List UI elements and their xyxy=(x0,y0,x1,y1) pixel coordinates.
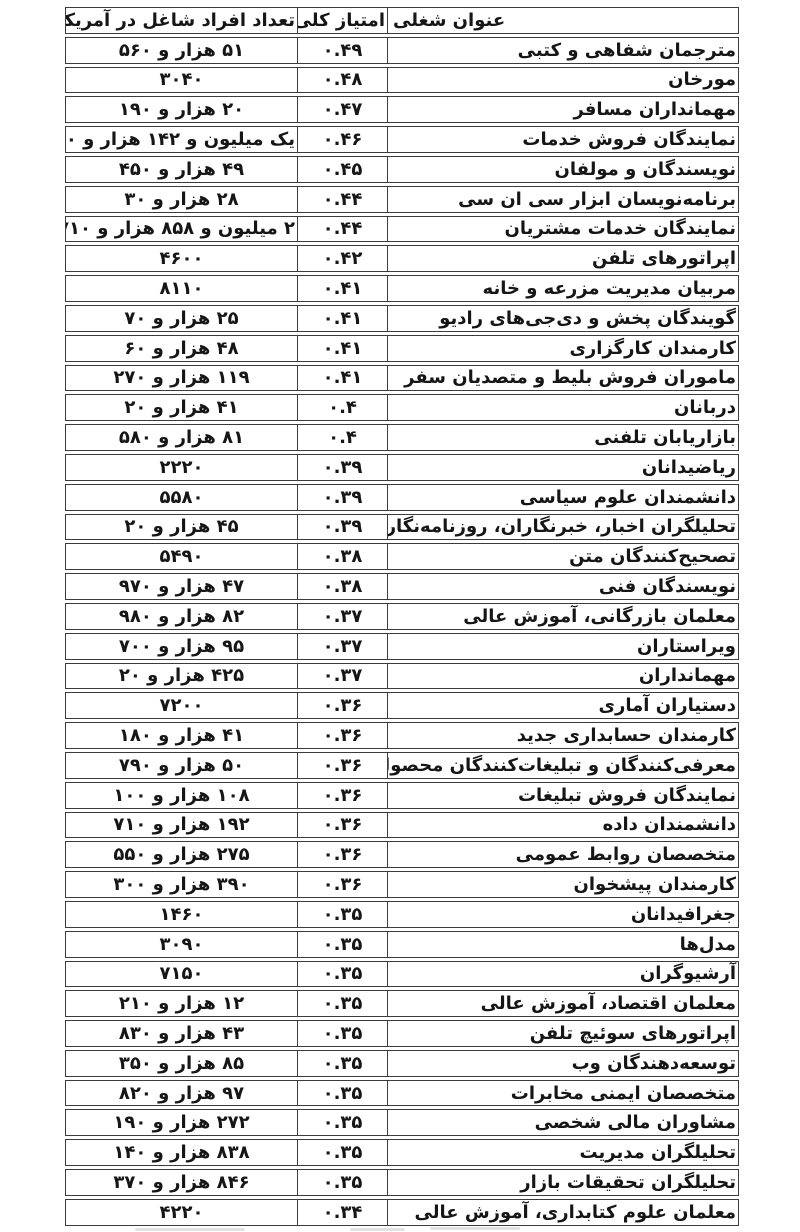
job-title-cell: دانشمندان داده xyxy=(387,812,739,839)
job-title-cell: مدل‌ها xyxy=(387,931,739,958)
employed-count-cell: ۴۳ هزار و ۸۳۰ xyxy=(65,1020,297,1047)
overall-score-cell: ۰.۴۵ xyxy=(297,156,387,183)
table-row: مهمانداران مسافر ۰.۴۷ ۲۰ هزار و ۱۹۰ xyxy=(65,96,739,123)
employed-count-cell: ۸۱ هزار و ۵۸۰ xyxy=(65,424,297,451)
overall-score-cell: ۰.۴۷ xyxy=(297,96,387,123)
job-title-cell: دانشمندان علوم سیاسی xyxy=(387,484,739,511)
employed-count-cell: ۱۲ هزار و ۲۱۰ xyxy=(65,990,297,1017)
employed-count-cell: ۸۲ هزار و ۹۸۰ xyxy=(65,603,297,630)
overall-score-cell: ۰.۳۷ xyxy=(297,603,387,630)
employed-count-cell: ۱۹۲ هزار و ۷۱۰ xyxy=(65,812,297,839)
job-title-cell: تحلیلگران اخبار، خبرنگاران، روزنامه‌نگار… xyxy=(387,514,739,541)
employed-count-cell: ۲۸ هزار و ۳۰ xyxy=(65,186,297,213)
table-row: جغرافیدانان ۰.۳۵ ۱۴۶۰ xyxy=(65,901,739,928)
table-row: مدل‌ها ۰.۳۵ ۳۰۹۰ xyxy=(65,931,739,958)
overall-score-cell: ۰.۴۴ xyxy=(297,216,387,243)
table-row: برنامه‌نویسان ابزار سی ان سی ۰.۴۴ ۲۸ هزا… xyxy=(65,186,739,213)
employed-count-cell: ۹۷ هزار و ۸۲۰ xyxy=(65,1080,297,1107)
job-title-cell: معرفی‌کنندگان و تبلیغات‌کنندگان محصول xyxy=(387,752,739,779)
table-row: آرشیوگران ۰.۳۵ ۷۱۵۰ xyxy=(65,961,739,988)
employed-count-cell: ۸۵ هزار و ۳۵۰ xyxy=(65,1050,297,1077)
job-title-cell: اپراتورهای تلفن xyxy=(387,245,739,272)
job-title-cell: کارمندان حسابداری جدید xyxy=(387,722,739,749)
employed-count-cell: ۴۵ هزار و ۲۰ xyxy=(65,514,297,541)
table-row: تحلیلگران مدیریت ۰.۳۵ ۸۳۸ هزار و ۱۴۰ xyxy=(65,1139,739,1166)
overall-score-cell: ۰.۴۱ xyxy=(297,365,387,392)
employed-count-cell: ۵۰ هزار و ۷۹۰ xyxy=(65,752,297,779)
table-row: کارمندان کارگزاری ۰.۴۱ ۴۸ هزار و ۶۰ xyxy=(65,335,739,362)
table-row: نمایندگان فروش تبلیغات ۰.۳۶ ۱۰۸ هزار و ۱… xyxy=(65,782,739,809)
job-title-cell: دربانان xyxy=(387,394,739,421)
job-title-cell: مهمانداران xyxy=(387,663,739,690)
overall-score-cell: ۰.۳۵ xyxy=(297,1020,387,1047)
table-row: توسعه‌دهندگان وب ۰.۳۵ ۸۵ هزار و ۳۵۰ xyxy=(65,1050,739,1077)
table-row: نمایندگان فروش خدمات ۰.۴۶ یک میلیون و ۱۴… xyxy=(65,126,739,153)
employed-count-cell: ۴۱ هزار و ۲۰ xyxy=(65,394,297,421)
table-row: مترجمان شفاهی و کتبی ۰.۴۹ ۵۱ هزار و ۵۶۰ xyxy=(65,37,739,64)
job-title-cell: مربیان مدیریت مزرعه و خانه xyxy=(387,275,739,302)
table-row: دانشمندان علوم سیاسی ۰.۳۹ ۵۵۸۰ xyxy=(65,484,739,511)
column-header-employed-count: تعداد افراد شاغل در آمریکا xyxy=(65,7,297,34)
job-title-cell: نمایندگان فروش تبلیغات xyxy=(387,782,739,809)
overall-score-cell: ۰.۳۵ xyxy=(297,1050,387,1077)
employed-count-cell: ۴۸ هزار و ۶۰ xyxy=(65,335,297,362)
table-row: تحلیلگران اخبار، خبرنگاران، روزنامه‌نگار… xyxy=(65,514,739,541)
overall-score-cell: ۰.۳۶ xyxy=(297,871,387,898)
job-title-cell: تحلیلگران مدیریت xyxy=(387,1139,739,1166)
employed-count-cell: ۱۴۶۰ xyxy=(65,901,297,928)
job-title-cell: متخصصان ایمنی مخابرات xyxy=(387,1080,739,1107)
overall-score-cell: ۰.۴ xyxy=(297,394,387,421)
job-title-cell: مترجمان شفاهی و کتبی xyxy=(387,37,739,64)
table-row: متخصصان ایمنی مخابرات ۰.۳۵ ۹۷ هزار و ۸۲۰ xyxy=(65,1080,739,1107)
overall-score-cell: ۰.۴۱ xyxy=(297,335,387,362)
job-title-cell: اپراتورهای سوئیچ تلفن xyxy=(387,1020,739,1047)
overall-score-cell: ۰.۴۱ xyxy=(297,305,387,332)
overall-score-cell: ۰.۳۶ xyxy=(297,812,387,839)
overall-score-cell: ۰.۴۲ xyxy=(297,245,387,272)
employed-count-cell: ۲۵ هزار و ۷۰ xyxy=(65,305,297,332)
table-row: کارمندان حسابداری جدید ۰.۳۶ ۴۱ هزار و ۱۸… xyxy=(65,722,739,749)
employed-count-cell: ۸۳۸ هزار و ۱۴۰ xyxy=(65,1139,297,1166)
job-title-cell: ماموران فروش بلیط و متصدیان سفر xyxy=(387,365,739,392)
table-row: کارمندان پیشخوان ۰.۳۶ ۳۹۰ هزار و ۳۰۰ xyxy=(65,871,739,898)
job-title-cell: جغرافیدانان xyxy=(387,901,739,928)
overall-score-cell: ۰.۳۷ xyxy=(297,663,387,690)
overall-score-cell: ۰.۳۵ xyxy=(297,931,387,958)
job-title-cell: نمایندگان خدمات مشتریان xyxy=(387,216,739,243)
employed-count-cell: ۷۱۵۰ xyxy=(65,961,297,988)
overall-score-cell: ۰.۳۵ xyxy=(297,1080,387,1107)
overall-score-cell: ۰.۳۶ xyxy=(297,782,387,809)
employed-count-cell: ۵۱ هزار و ۵۶۰ xyxy=(65,37,297,64)
overall-score-cell: ۰.۴۹ xyxy=(297,37,387,64)
employed-count-cell: یک میلیون و ۱۴۲ هزار و ۲۰ xyxy=(65,126,297,153)
employed-count-cell: ۴۲۲۰ xyxy=(65,1199,297,1226)
job-title-cell: مشاوران مالی شخصی xyxy=(387,1109,739,1136)
table-row: معلمان اقتصاد، آموزش عالی ۰.۳۵ ۱۲ هزار و… xyxy=(65,990,739,1017)
table-row: بازاریابان تلفنی ۰.۴ ۸۱ هزار و ۵۸۰ xyxy=(65,424,739,451)
employed-count-cell: ۲ میلیون و ۸۵۸ هزار و ۷۱۰ xyxy=(65,216,297,243)
overall-score-cell: ۰.۴۸ xyxy=(297,67,387,94)
table-row: اپراتورهای سوئیچ تلفن ۰.۳۵ ۴۳ هزار و ۸۳۰ xyxy=(65,1020,739,1047)
employed-count-cell: ۵۴۹۰ xyxy=(65,543,297,570)
job-title-cell: ویراستاران xyxy=(387,633,739,660)
table-row: تحلیلگران تحقیقات بازار ۰.۳۵ ۸۴۶ هزار و … xyxy=(65,1169,739,1196)
column-header-overall-score: امتیاز کلی xyxy=(297,7,387,34)
table-row: تصحیح‌کنندگان متن ۰.۳۸ ۵۴۹۰ xyxy=(65,543,739,570)
job-title-cell: نمایندگان فروش خدمات xyxy=(387,126,739,153)
employed-count-cell: ۱۱۹ هزار و ۲۷۰ xyxy=(65,365,297,392)
table-row: دانشمندان داده ۰.۳۶ ۱۹۲ هزار و ۷۱۰ xyxy=(65,812,739,839)
job-title-cell: معلمان علوم کتابداری، آموزش عالی xyxy=(387,1199,739,1226)
overall-score-cell: ۰.۳۸ xyxy=(297,573,387,600)
employed-count-cell: ۲۲۲۰ xyxy=(65,454,297,481)
employed-count-cell: ۸۱۱۰ xyxy=(65,275,297,302)
cropped-next-row-artifact xyxy=(430,1227,520,1230)
employed-count-cell: ۲۷۵ هزار و ۵۵۰ xyxy=(65,841,297,868)
column-header-job-title: عنوان شغلی xyxy=(387,7,739,34)
table-row: مهمانداران ۰.۳۷ ۴۲۵ هزار و ۲۰ xyxy=(65,663,739,690)
job-title-cell: معلمان بازرگانی، آموزش عالی xyxy=(387,603,739,630)
employed-count-cell: ۴۱ هزار و ۱۸۰ xyxy=(65,722,297,749)
table-row: اپراتورهای تلفن ۰.۴۲ ۴۶۰۰ xyxy=(65,245,739,272)
table-row: مشاوران مالی شخصی ۰.۳۵ ۲۷۲ هزار و ۱۹۰ xyxy=(65,1109,739,1136)
overall-score-cell: ۰.۳۶ xyxy=(297,841,387,868)
employed-count-cell: ۷۲۰۰ xyxy=(65,692,297,719)
table-row: معرفی‌کنندگان و تبلیغات‌کنندگان محصول ۰.… xyxy=(65,752,739,779)
overall-score-cell: ۰.۳۹ xyxy=(297,484,387,511)
table-row: نویسندگان فنی ۰.۳۸ ۴۷ هزار و ۹۷۰ xyxy=(65,573,739,600)
jobs-table-wrapper: عنوان شغلی امتیاز کلی تعداد افراد شاغل د… xyxy=(65,4,739,1229)
table-row: نویسندگان و مولفان ۰.۴۵ ۴۹ هزار و ۴۵۰ xyxy=(65,156,739,183)
employed-count-cell: ۴۹ هزار و ۴۵۰ xyxy=(65,156,297,183)
table-row: گویندگان پخش و دی‌جی‌های رادیو ۰.۴۱ ۲۵ ه… xyxy=(65,305,739,332)
employed-count-cell: ۱۰۸ هزار و ۱۰۰ xyxy=(65,782,297,809)
overall-score-cell: ۰.۳۸ xyxy=(297,543,387,570)
job-title-cell: آرشیوگران xyxy=(387,961,739,988)
overall-score-cell: ۰.۳۷ xyxy=(297,633,387,660)
job-title-cell: دستیاران آماری xyxy=(387,692,739,719)
overall-score-cell: ۰.۳۶ xyxy=(297,722,387,749)
job-title-cell: برنامه‌نویسان ابزار سی ان سی xyxy=(387,186,739,213)
job-title-cell: ریاضیدانان xyxy=(387,454,739,481)
overall-score-cell: ۰.۳۵ xyxy=(297,1139,387,1166)
table-row: نمایندگان خدمات مشتریان ۰.۴۴ ۲ میلیون و … xyxy=(65,216,739,243)
employed-count-cell: ۳۹۰ هزار و ۳۰۰ xyxy=(65,871,297,898)
employed-count-cell: ۲۷۲ هزار و ۱۹۰ xyxy=(65,1109,297,1136)
job-title-cell: توسعه‌دهندگان وب xyxy=(387,1050,739,1077)
job-title-cell: نویسندگان فنی xyxy=(387,573,739,600)
table-row: دستیاران آماری ۰.۳۶ ۷۲۰۰ xyxy=(65,692,739,719)
table-row: ویراستاران ۰.۳۷ ۹۵ هزار و ۷۰۰ xyxy=(65,633,739,660)
job-title-cell: مورخان xyxy=(387,67,739,94)
table-row: معلمان بازرگانی، آموزش عالی ۰.۳۷ ۸۲ هزار… xyxy=(65,603,739,630)
job-title-cell: نویسندگان و مولفان xyxy=(387,156,739,183)
employed-count-cell: ۵۵۸۰ xyxy=(65,484,297,511)
table-row: مورخان ۰.۴۸ ۳۰۴۰ xyxy=(65,67,739,94)
employed-count-cell: ۸۴۶ هزار و ۳۷۰ xyxy=(65,1169,297,1196)
cropped-next-row-artifact xyxy=(135,1228,245,1231)
overall-score-cell: ۰.۴۱ xyxy=(297,275,387,302)
employed-count-cell: ۳۰۴۰ xyxy=(65,67,297,94)
employed-count-cell: ۴۲۵ هزار و ۲۰ xyxy=(65,663,297,690)
overall-score-cell: ۰.۳۹ xyxy=(297,514,387,541)
overall-score-cell: ۰.۳۶ xyxy=(297,692,387,719)
employed-count-cell: ۲۰ هزار و ۱۹۰ xyxy=(65,96,297,123)
jobs-table: عنوان شغلی امتیاز کلی تعداد افراد شاغل د… xyxy=(65,4,739,1229)
job-title-cell: کارمندان کارگزاری xyxy=(387,335,739,362)
job-title-cell: متخصصان روابط عمومی xyxy=(387,841,739,868)
job-title-cell: بازاریابان تلفنی xyxy=(387,424,739,451)
job-title-cell: تحلیلگران تحقیقات بازار xyxy=(387,1169,739,1196)
table-row: ماموران فروش بلیط و متصدیان سفر ۰.۴۱ ۱۱۹… xyxy=(65,365,739,392)
job-title-cell: کارمندان پیشخوان xyxy=(387,871,739,898)
overall-score-cell: ۰.۳۵ xyxy=(297,961,387,988)
table-row: دربانان ۰.۴ ۴۱ هزار و ۲۰ xyxy=(65,394,739,421)
job-title-cell: معلمان اقتصاد، آموزش عالی xyxy=(387,990,739,1017)
table-header-row: عنوان شغلی امتیاز کلی تعداد افراد شاغل د… xyxy=(65,7,739,34)
employed-count-cell: ۳۰۹۰ xyxy=(65,931,297,958)
job-title-cell: تصحیح‌کنندگان متن xyxy=(387,543,739,570)
overall-score-cell: ۰.۳۵ xyxy=(297,990,387,1017)
employed-count-cell: ۴۶۰۰ xyxy=(65,245,297,272)
table-row: مربیان مدیریت مزرعه و خانه ۰.۴۱ ۸۱۱۰ xyxy=(65,275,739,302)
job-title-cell: گویندگان پخش و دی‌جی‌های رادیو xyxy=(387,305,739,332)
table-row: ریاضیدانان ۰.۳۹ ۲۲۲۰ xyxy=(65,454,739,481)
overall-score-cell: ۰.۴۶ xyxy=(297,126,387,153)
table-row: متخصصان روابط عمومی ۰.۳۶ ۲۷۵ هزار و ۵۵۰ xyxy=(65,841,739,868)
overall-score-cell: ۰.۳۵ xyxy=(297,901,387,928)
table-row: معلمان علوم کتابداری، آموزش عالی ۰.۳۴ ۴۲… xyxy=(65,1199,739,1226)
overall-score-cell: ۰.۳۶ xyxy=(297,752,387,779)
overall-score-cell: ۰.۳۵ xyxy=(297,1109,387,1136)
employed-count-cell: ۹۵ هزار و ۷۰۰ xyxy=(65,633,297,660)
job-title-cell: مهمانداران مسافر xyxy=(387,96,739,123)
overall-score-cell: ۰.۴ xyxy=(297,424,387,451)
employed-count-cell: ۴۷ هزار و ۹۷۰ xyxy=(65,573,297,600)
overall-score-cell: ۰.۳۹ xyxy=(297,454,387,481)
cropped-next-row-artifact xyxy=(350,1228,405,1231)
overall-score-cell: ۰.۳۴ xyxy=(297,1199,387,1226)
overall-score-cell: ۰.۳۵ xyxy=(297,1169,387,1196)
overall-score-cell: ۰.۴۴ xyxy=(297,186,387,213)
